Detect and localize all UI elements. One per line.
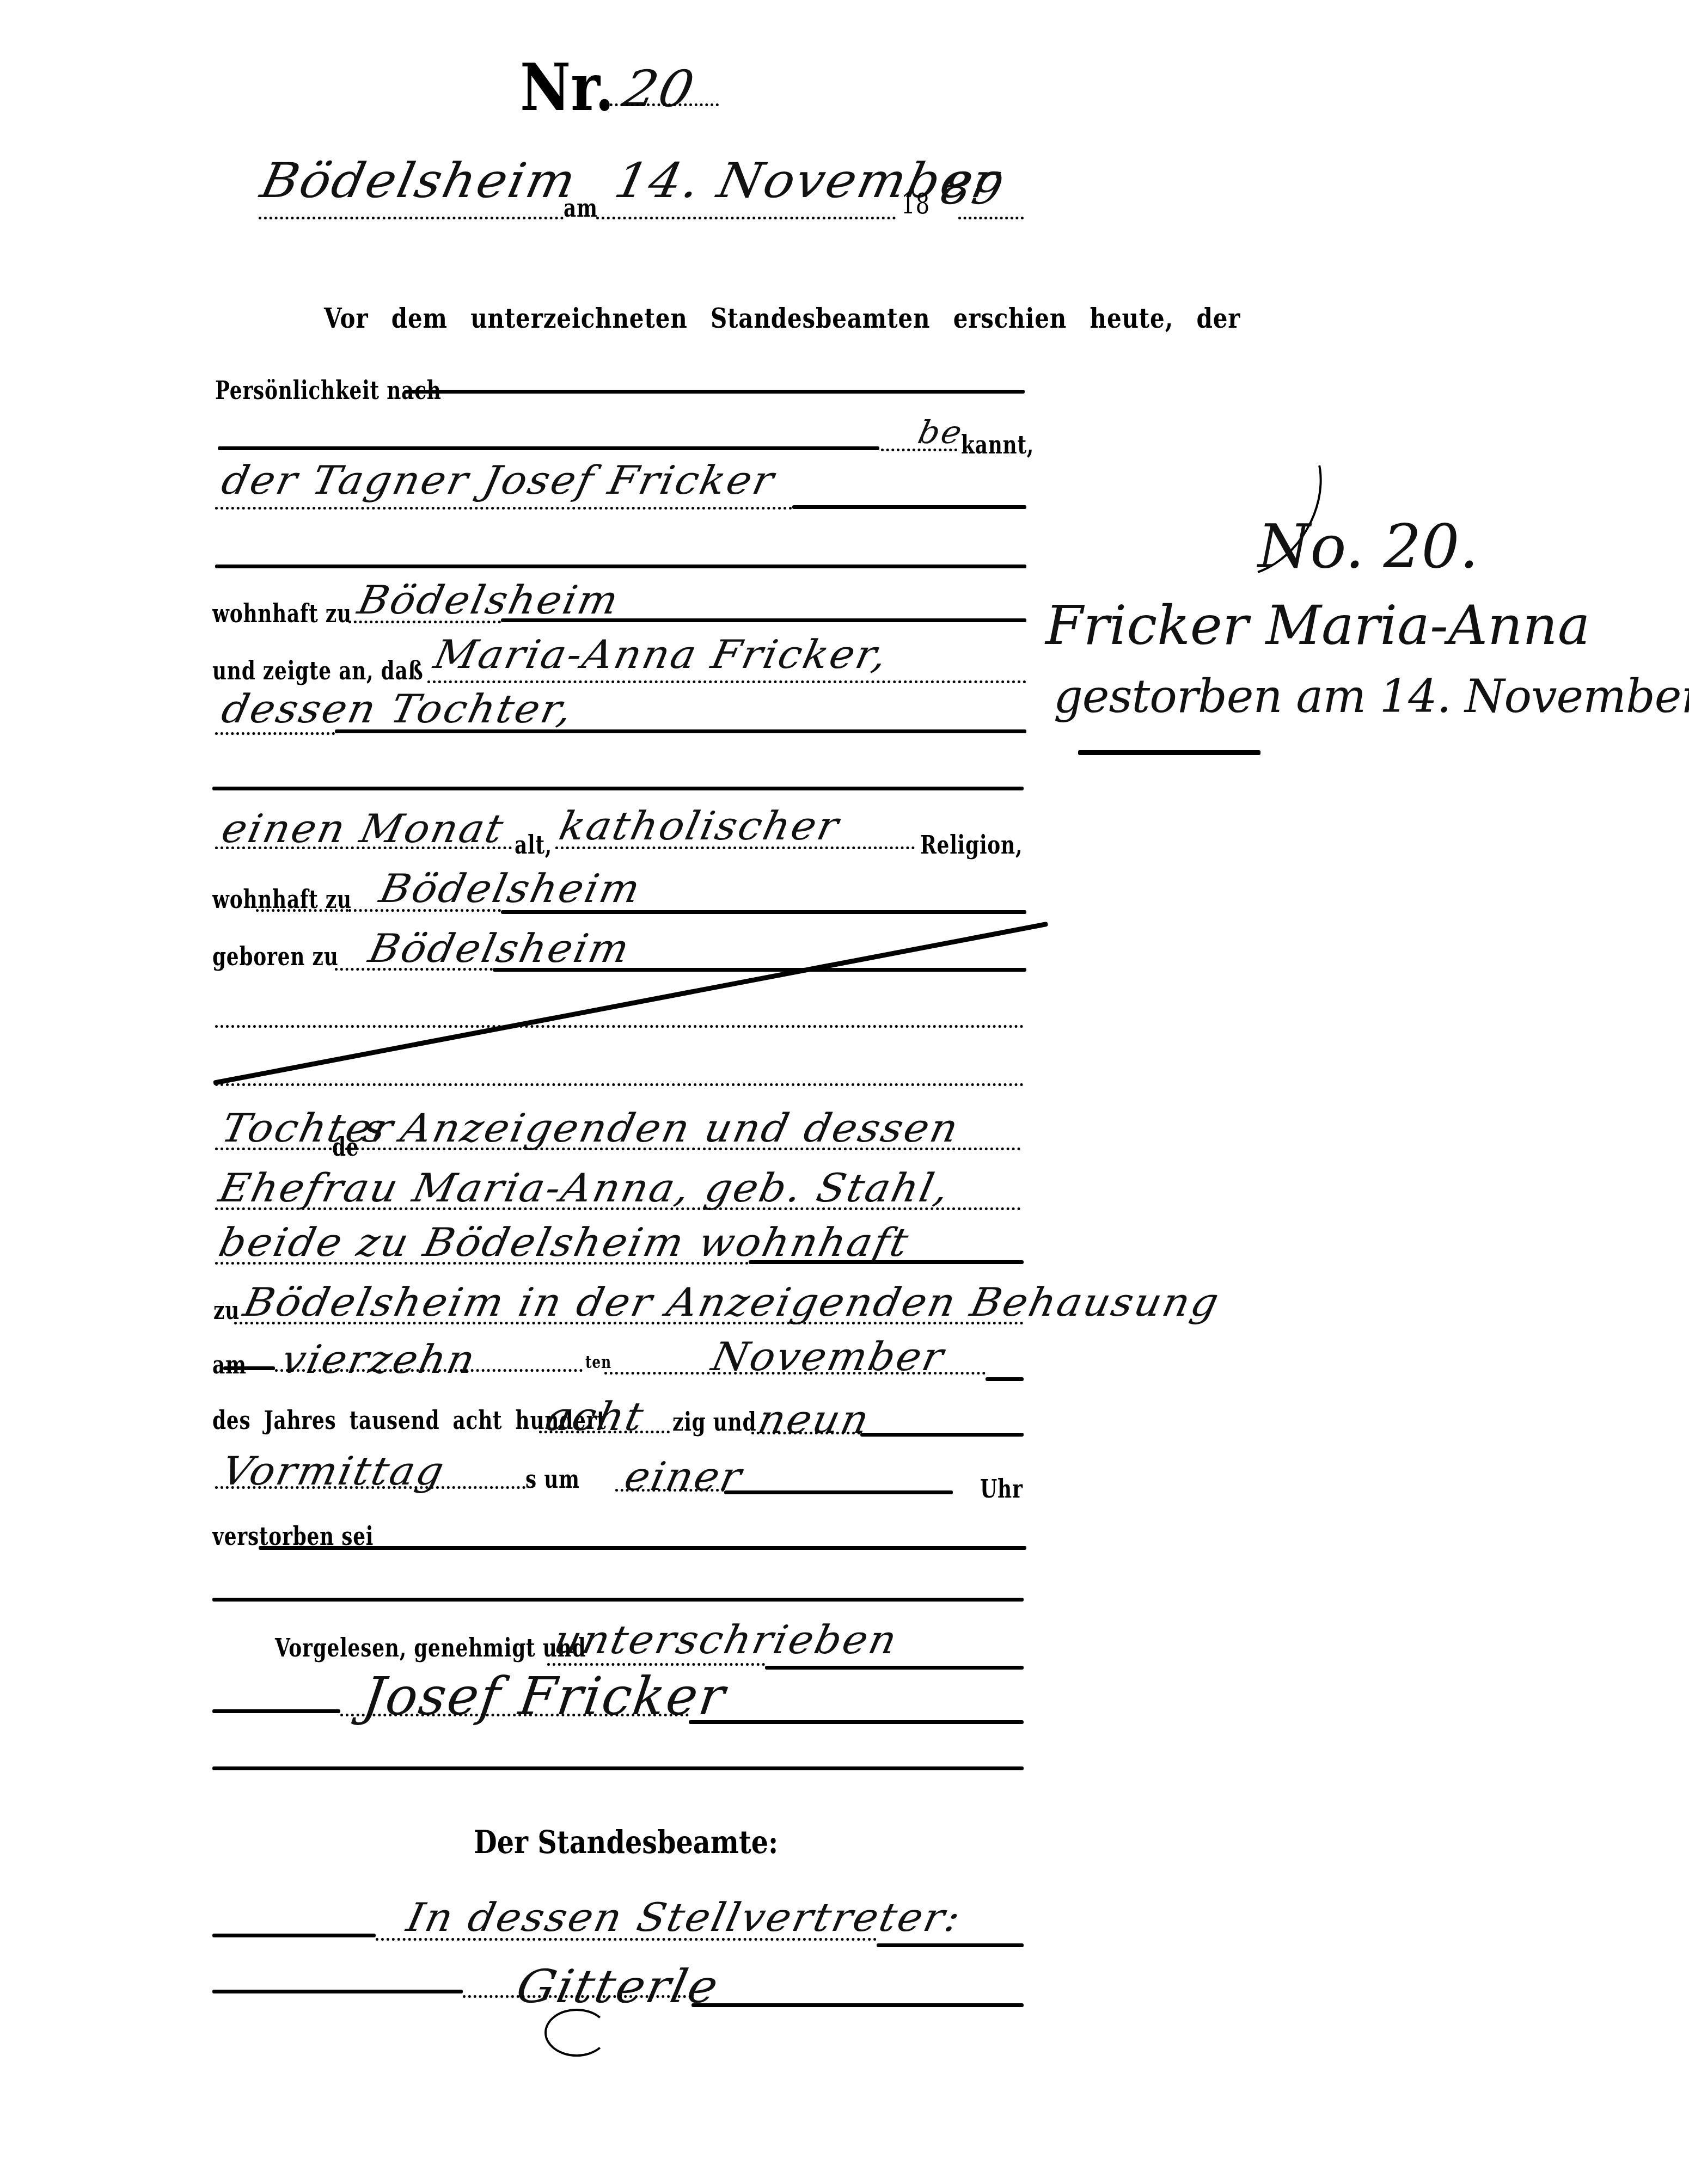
registrar-sig-solid-left [212, 1990, 463, 1993]
intro-text: Vor dem unterzeichneten Standesbeamten e… [324, 302, 1240, 334]
deceased-residence-value: Bödelsheim [376, 866, 646, 911]
deceased-residence-dotted [348, 909, 501, 912]
death-day-solid [223, 1366, 275, 1370]
informant-signature: Josef Fricker [359, 1666, 730, 1727]
age-label: alt, [515, 830, 552, 860]
read-value: unterschrieben [550, 1617, 902, 1662]
registrar-role-solid-right [877, 1943, 1024, 1947]
year-unit-value: neun [754, 1396, 874, 1442]
religion-value: katholischer [555, 803, 844, 849]
margin-underline [1078, 750, 1260, 755]
birthplace-value: Bödelsheim [365, 925, 635, 971]
time-of-day-dotted [215, 1486, 525, 1489]
margin-death-text: gestorben am 14. November 1889 [1054, 670, 1689, 723]
informant-name: der Tagner Josef Fricker [218, 457, 780, 503]
informant-sig-solid-left [212, 1709, 340, 1713]
parents-line1-rest: s Anzeigenden und dessen [359, 1105, 964, 1151]
margin-name: Fricker Maria-Anna [1045, 593, 1590, 657]
death-day-value: vierzehn [278, 1336, 481, 1382]
place-value: Bödelsheim [256, 152, 582, 208]
hour-solid [724, 1490, 953, 1494]
death-place-dotted [234, 1322, 1024, 1324]
parents-line2-dotted [215, 1207, 1021, 1210]
death-day-dotted [275, 1369, 583, 1372]
residence-dotted [348, 621, 501, 623]
relation-dotted [215, 732, 335, 735]
religion-label: Religion, [920, 830, 1023, 860]
margin-number: No. 20. [1258, 512, 1478, 581]
residence-line [501, 618, 1026, 622]
deceased-name: Maria-Anna Fricker, [430, 631, 893, 677]
identity-line [404, 390, 1025, 394]
death-day-label: am [212, 1350, 247, 1379]
number-label: Nr. [520, 49, 614, 126]
birthplace-dotted [335, 968, 493, 971]
year-handwritten: 89 [937, 163, 1009, 214]
registrar-heading: Der Standesbeamte: [474, 1824, 778, 1861]
year-line [958, 217, 1024, 219]
blank-line-1 [215, 565, 1026, 568]
known-suffix: kannt, [961, 430, 1034, 459]
residence-value: Bödelsheim [354, 577, 624, 623]
blank-line-4 [212, 1766, 1024, 1770]
died-line [259, 1546, 1026, 1550]
year-unit-solid [860, 1433, 1024, 1437]
deceased-residence-dotted-a [256, 909, 348, 912]
hour-label: Uhr [980, 1474, 1023, 1504]
place-line [259, 217, 564, 219]
struck-line-2 [215, 1083, 1024, 1086]
registrar-sig-dotted [463, 1995, 691, 1998]
birthplace-label: geboren zu [212, 942, 339, 971]
informant-dotted [215, 507, 792, 510]
date-line [596, 217, 896, 219]
record-number-label: Nr. [520, 49, 614, 126]
read-line [765, 1666, 1024, 1670]
registrar-role-dotted [376, 1938, 877, 1941]
religion-dotted [555, 846, 915, 849]
deceased-residence-line [501, 910, 1026, 914]
parents-line2: Ehefrau Maria-Anna, geb. Stahl, [215, 1165, 954, 1211]
record-number-line [604, 103, 719, 106]
known-prefix: be [915, 414, 967, 451]
informant-sig-dotted [340, 1714, 689, 1716]
year-unit-dotted [751, 1432, 860, 1434]
residence-label: wohnhaft zu [212, 599, 352, 628]
age-dotted [215, 846, 512, 849]
announced-label: und zeigte an, daß [212, 656, 424, 685]
death-place-value: Bödelsheim in der Anzeigenden Behausung [240, 1279, 1224, 1325]
year-decade-suffix: zig und [672, 1407, 756, 1437]
death-month-solid [986, 1377, 1024, 1381]
parents-line1-print: de [332, 1132, 359, 1162]
relation-line [335, 729, 1026, 733]
informant-sig-solid-right [689, 1720, 1024, 1724]
registrar-role: In dessen Stellvertreter: [403, 1894, 966, 1940]
deceased-relation: dessen Tochter, [218, 686, 578, 732]
known-dotted [881, 449, 957, 451]
death-day-suffix: ten [585, 1352, 611, 1372]
record-number-value: 20 [618, 60, 701, 118]
death-place-label: zu [213, 1296, 240, 1325]
age-value: einen Monat [218, 806, 509, 851]
deceased-name-dotted [427, 680, 1026, 683]
informant-line [792, 505, 1026, 509]
read-label: Vorgelesen, genehmigt und [275, 1633, 586, 1662]
birthplace-line [493, 968, 1026, 972]
death-month-dotted [604, 1372, 986, 1375]
registrar-role-solid-left [212, 1934, 376, 1937]
date-prefix: am [564, 193, 598, 223]
hour-dotted [615, 1489, 724, 1492]
parents-line3-solid [749, 1260, 1024, 1264]
identity-line-2 [218, 446, 879, 450]
parents-line3-dotted [215, 1262, 749, 1265]
parents-line1-dotted [215, 1148, 1021, 1150]
time-suffix: s um [525, 1464, 580, 1494]
parents-line3: beide zu Bödelsheim wohnhaft [215, 1219, 914, 1265]
registrar-sig-solid-right [691, 2003, 1024, 2007]
signature-flourish [544, 2009, 609, 2057]
blank-line-2 [212, 787, 1024, 790]
year-decade-dotted [539, 1431, 670, 1433]
struck-line-1 [215, 1025, 1024, 1028]
year-printed: 18 [901, 188, 930, 220]
blank-line-3 [212, 1598, 1024, 1602]
